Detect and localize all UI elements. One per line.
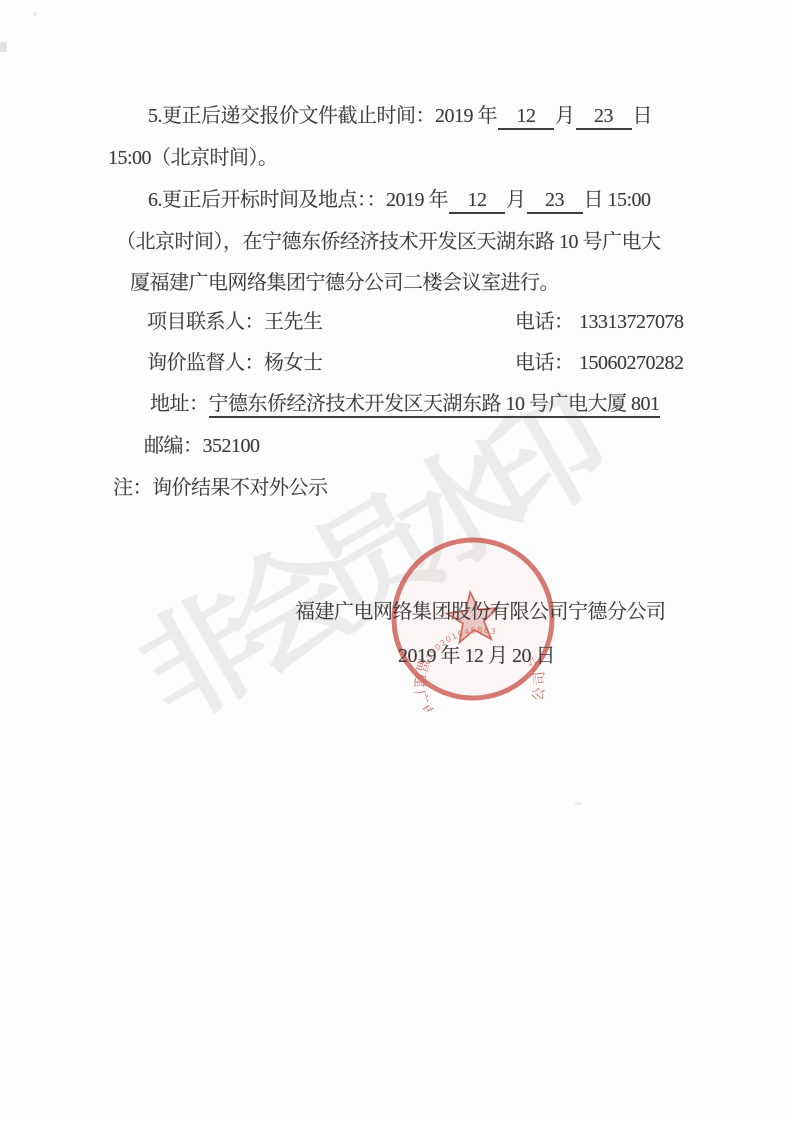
item5-prefix: 5.更正后递交报价文件截止时间：2019 年 bbox=[148, 105, 497, 127]
item6-prefix: 6.更正后开标时间及地点：：2019 年 bbox=[148, 189, 448, 211]
document-page: 非会员水印 福建广电网络集团股份有限公司宁德分公司 350201045863 5… bbox=[0, 0, 793, 1121]
item6-day-unit-time: 日 15:00 bbox=[584, 189, 651, 211]
address-value: 宁德东侨经济技术开发区天湖东路 10 号广电大厦 801 bbox=[209, 393, 660, 418]
item6-month-blank: 12 bbox=[449, 188, 505, 214]
document-text-layer: 5.更正后递交报价文件截止时间：2019 年12月23日 15:00（北京时间）… bbox=[0, 0, 793, 1121]
contact-name-label: 项目联系人：王先生 bbox=[147, 311, 323, 333]
item5-day-unit: 日 bbox=[633, 105, 653, 127]
item6-month-unit: 月 bbox=[506, 189, 526, 211]
signature-company: 福建广电网络集团股份有限公司宁德分公司 bbox=[295, 598, 666, 626]
item6-line2: （北京时间），在宁德东侨经济技术开发区天湖东路 10 号广电大 bbox=[116, 228, 661, 256]
signature-date: 2019 年 12 月 20 日 bbox=[398, 642, 555, 670]
item5-day-blank: 23 bbox=[576, 104, 632, 130]
note-line: 注：询价结果不对外公示 bbox=[113, 474, 328, 502]
contact-row-project: 项目联系人：王先生 电话： 13313727078 bbox=[147, 308, 707, 336]
phone-number: 13313727078 bbox=[579, 308, 684, 336]
item5-line2: 15:00（北京时间）。 bbox=[108, 144, 278, 172]
address-line: 地址：宁德东侨经济技术开发区天湖东路 10 号广电大厦 801 bbox=[150, 390, 660, 418]
contact-row-supervisor: 询价监督人：杨女士 电话： 15060270282 bbox=[147, 349, 707, 377]
postcode-line: 邮编：352100 bbox=[144, 432, 260, 460]
address-label: 地址： bbox=[150, 393, 209, 415]
phone-label: 电话： bbox=[515, 308, 574, 336]
phone-label: 电话： bbox=[515, 349, 574, 377]
phone-number: 15060270282 bbox=[579, 349, 684, 377]
item5-line1: 5.更正后递交报价文件截止时间：2019 年12月23日 bbox=[148, 102, 652, 130]
item6-line1: 6.更正后开标时间及地点：：2019 年12月23日 15:00 bbox=[148, 186, 651, 214]
item5-month-blank: 12 bbox=[498, 104, 554, 130]
contact-name-label: 询价监督人：杨女士 bbox=[147, 352, 323, 374]
item6-day-blank: 23 bbox=[527, 188, 583, 214]
item5-month-unit: 月 bbox=[555, 105, 575, 127]
item6-line3: 厦福建广电网络集团宁德分公司二楼会议室进行。 bbox=[130, 269, 559, 297]
